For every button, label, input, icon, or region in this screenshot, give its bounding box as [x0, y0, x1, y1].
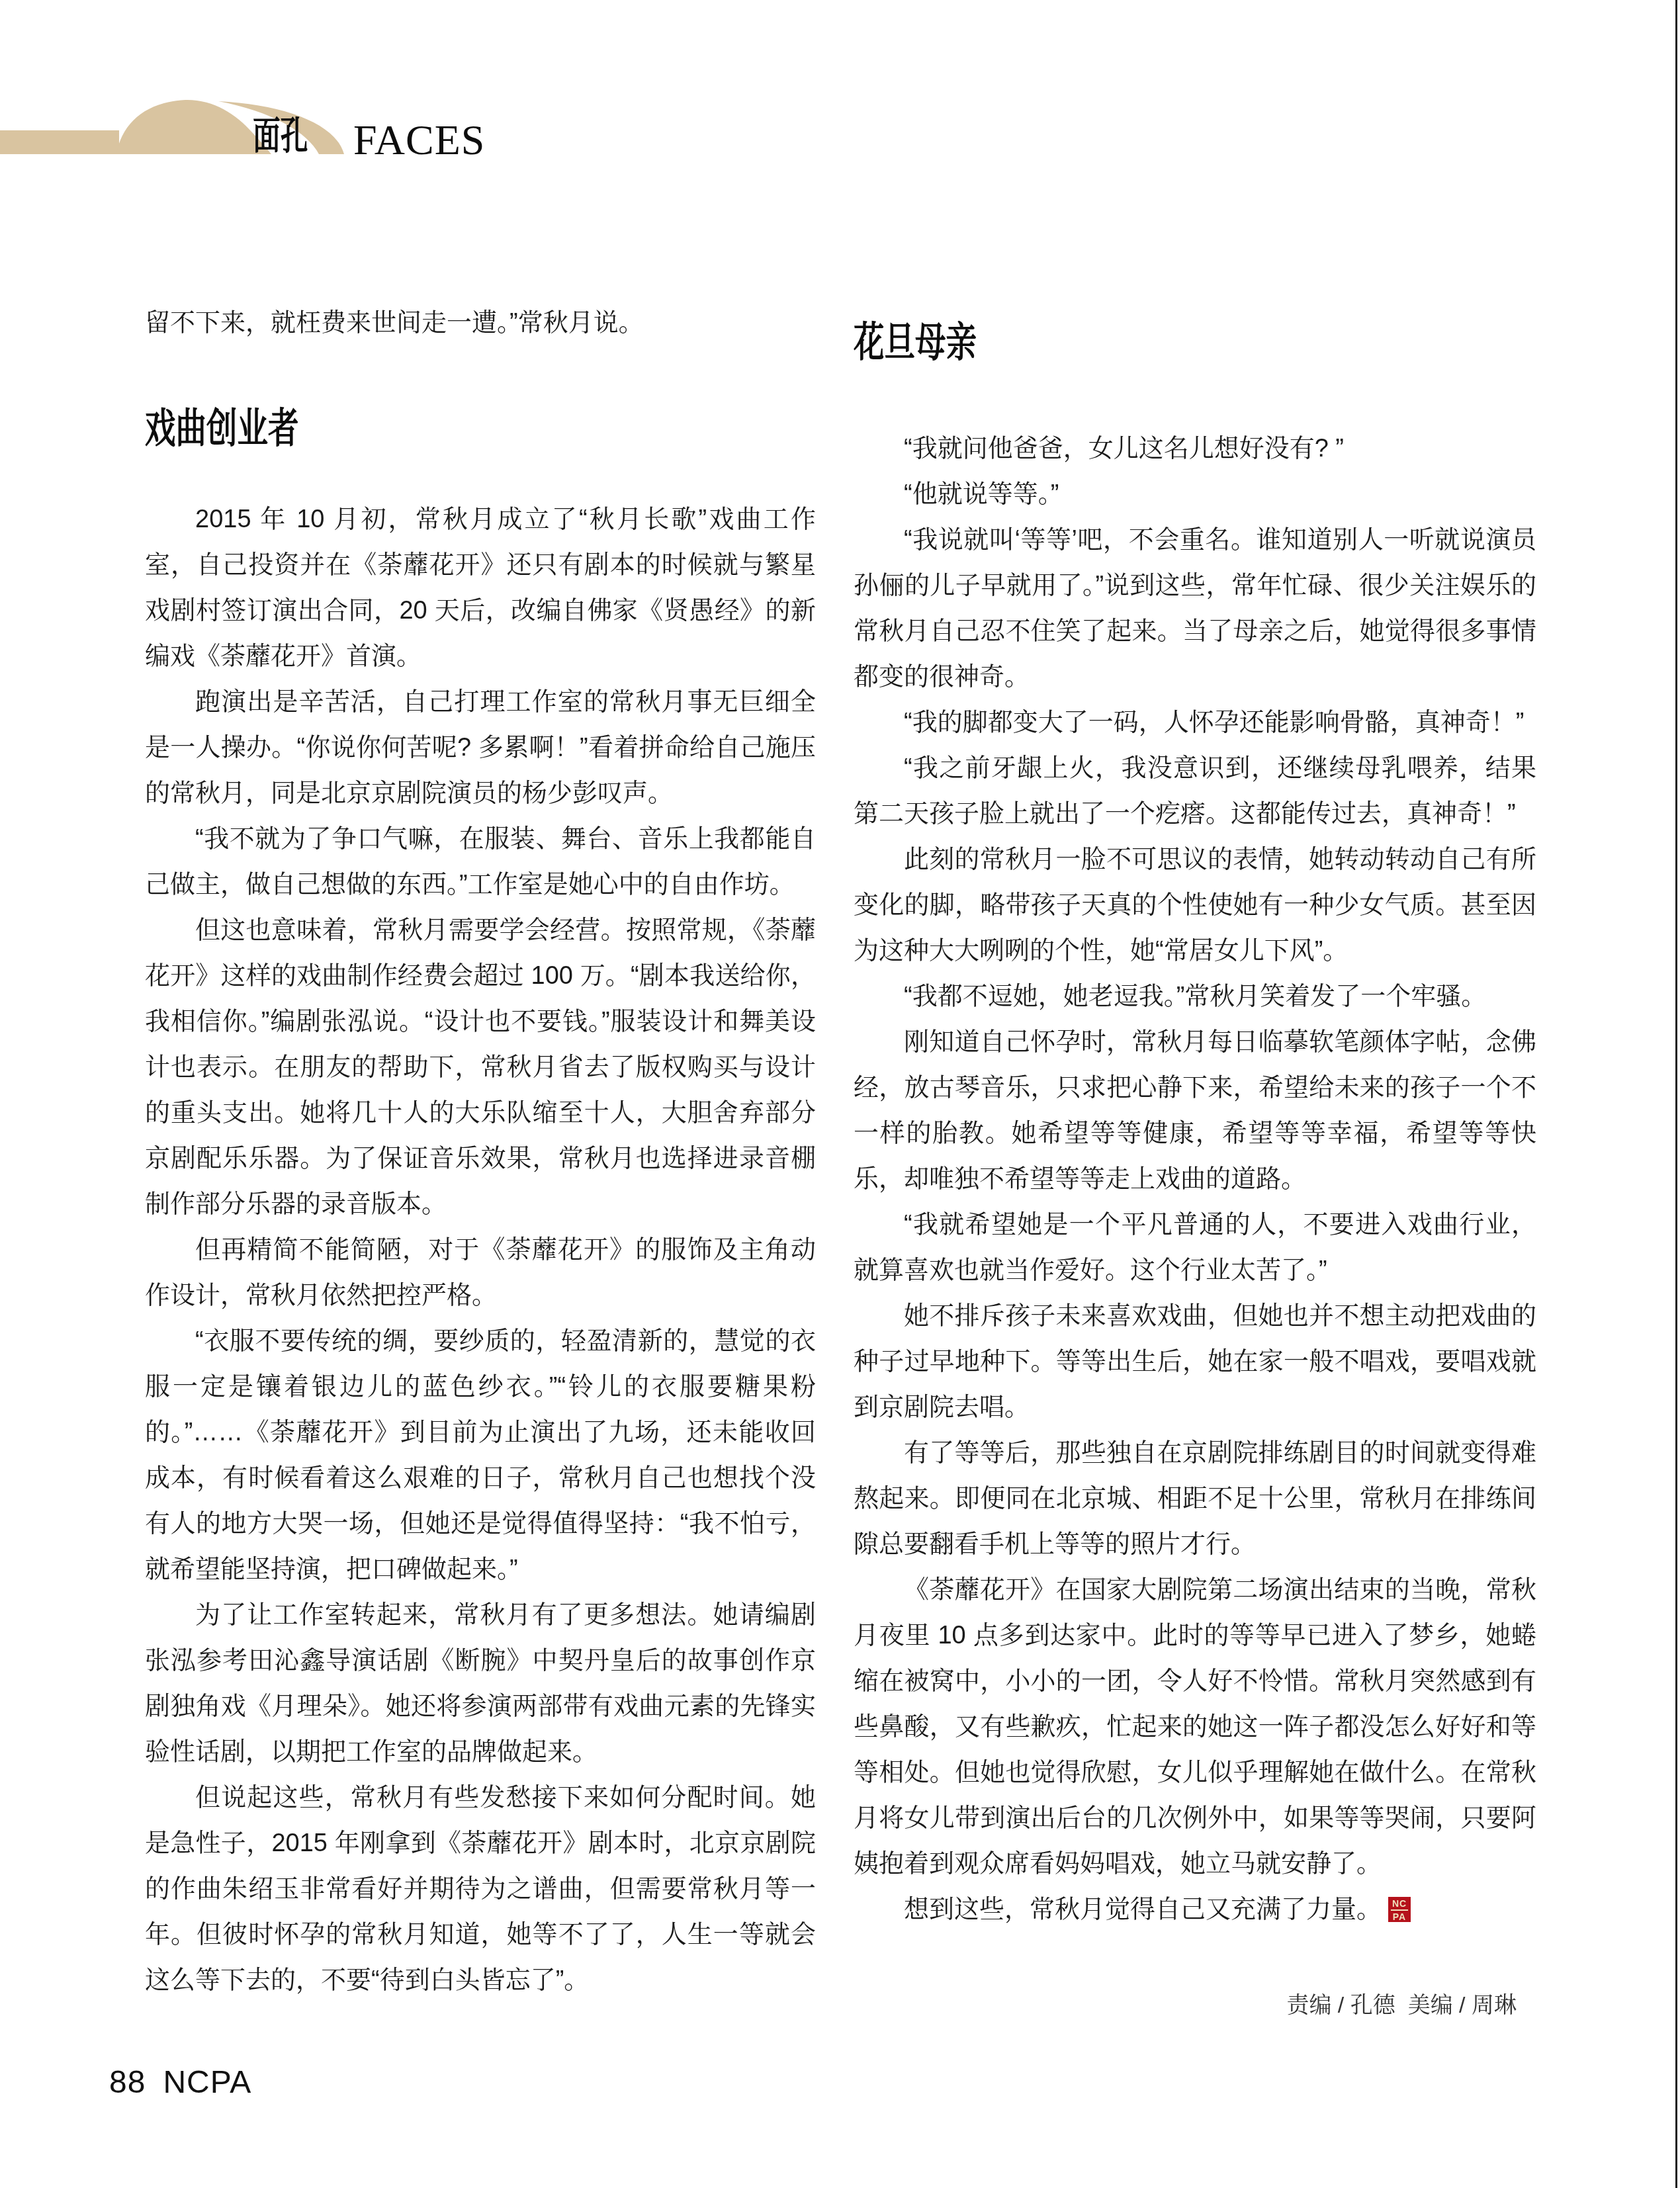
- section-title-cn: 面孔: [253, 117, 308, 155]
- page-edge-line: [1675, 0, 1677, 2188]
- right-column: 花旦母亲 “我就问他爸爸，女儿这名儿想好没有? ” “他就说等等。” “我说就叫…: [854, 291, 1536, 2019]
- seal-text-top: NC: [1391, 1898, 1408, 1911]
- paragraph: 为了让工作室转起来，常秋月有了更多想法。她请编剧张泓参考田沁鑫导演话剧《断腕》中…: [145, 1593, 816, 1775]
- paragraph: 2015 年 10 月初，常秋月成立了“秋月长歌”戏曲工作室，自己投资并在《荼蘼…: [145, 497, 816, 679]
- paragraph: 但说起这些，常秋月有些发愁接下来如何分配时间。她是急性子，2015 年刚拿到《荼…: [145, 1775, 816, 2003]
- paragraph-closing: 想到这些，常秋月觉得自己又充满了力量。NCPA: [854, 1887, 1536, 1933]
- paragraph: 有了等等后，那些独自在京剧院排练剧目的时间就变得难熬起来。即便同在北京城、相距不…: [854, 1430, 1536, 1567]
- paragraph: “我就问他爸爸，女儿这名儿想好没有? ”: [854, 426, 1536, 472]
- credits-line: 责编 / 孔德 美编 / 周琳: [854, 1992, 1536, 2019]
- paragraph: 跑演出是辛苦活，自己打理工作室的常秋月事无巨细全是一人操办。“你说你何苦呢? 多…: [145, 679, 816, 816]
- paragraph: “我就希望她是一个平凡普通的人，不要进入戏曲行业，就算喜欢也就当作爱好。这个行业…: [854, 1202, 1536, 1293]
- paragraph: 刚知道自己怀孕时，常秋月每日临摹软笔颜体字帖，念佛经，放古琴音乐，只求把心静下来…: [854, 1020, 1536, 1202]
- header-bar-shape: [0, 130, 119, 154]
- page-number: 88: [109, 2065, 146, 2100]
- paragraph: 此刻的常秋月一脸不可思议的表情，她转动转动自己有所变化的脚，略带孩子天真的个性使…: [854, 837, 1536, 974]
- paragraph: “我不就为了争口气嘛，在服装、舞台、音乐上我都能自己做主，做自己想做的东西。”工…: [145, 816, 816, 908]
- section-title-en: FACES: [353, 119, 485, 161]
- ncpa-seal: NCPA: [1388, 1897, 1411, 1922]
- paragraph: “我说就叫‘等等’吧，不会重名。谁知道别人一听就说演员孙俪的儿子早就用了。”说到…: [854, 517, 1536, 700]
- page-footer: 88NCPA: [109, 2066, 251, 2100]
- paragraph: 但再精简不能简陋，对于《荼蘼花开》的服饰及主角动作设计，常秋月依然把控严格。: [145, 1227, 816, 1319]
- paragraph: “衣服不要传统的绸，要纱质的，轻盈清新的，慧觉的衣服一定是镶着银边儿的蓝色纱衣。…: [145, 1319, 816, 1593]
- paragraph: “我都不逗她，她老逗我。”常秋月笑着发了一个牢骚。: [854, 974, 1536, 1020]
- section-heading-left: 戏曲创业者: [145, 409, 648, 450]
- closing-text: 想到这些，常秋月觉得自己又充满了力量。: [904, 1896, 1382, 1923]
- paragraph: “我的脚都变大了一码，人怀孕还能影响骨骼，真神奇！”: [854, 700, 1536, 746]
- left-column: 留不下来，就枉费来世间走一遭。”常秋月说。 戏曲创业者 2015 年 10 月初…: [145, 291, 816, 2003]
- magazine-page: 面孔 FACES 留不下来，就枉费来世间走一遭。”常秋月说。 戏曲创业者 201…: [0, 0, 1680, 2188]
- paragraph-continuation: 留不下来，就枉费来世间走一遭。”常秋月说。: [145, 300, 816, 346]
- section-heading-right: 花旦母亲: [854, 323, 1366, 364]
- magazine-name: NCPA: [163, 2065, 251, 2100]
- paragraph: 她不排斥孩子未来喜欢戏曲，但她也并不想主动把戏曲的种子过早地种下。等等出生后，她…: [854, 1293, 1536, 1430]
- paragraph: 《荼蘼花开》在国家大剧院第二场演出结束的当晚，常秋月夜里 10 点多到达家中。此…: [854, 1567, 1536, 1887]
- paragraph: “我之前牙龈上火，我没意识到，还继续母乳喂养，结果第二天孩子脸上就出了一个疙瘩。…: [854, 746, 1536, 837]
- seal-text-bottom: PA: [1388, 1911, 1411, 1923]
- paragraph: 但这也意味着，常秋月需要学会经营。按照常规，《荼蘼花开》这样的戏曲制作经费会超过…: [145, 908, 816, 1227]
- paragraph: “他就说等等。”: [854, 472, 1536, 517]
